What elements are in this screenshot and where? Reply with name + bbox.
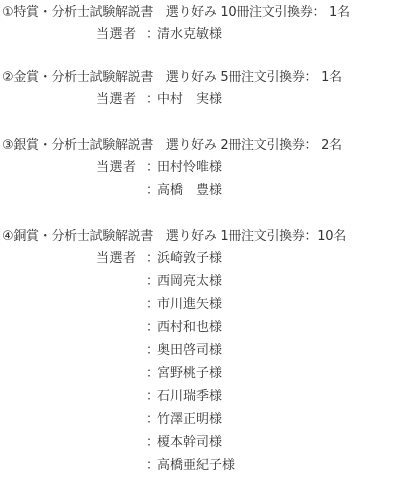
winner-label: 当選者 bbox=[96, 248, 137, 270]
prize-title: ①特賞・分析士試験解説書 選り好み 10冊注文引換券： 1名 bbox=[2, 2, 350, 24]
winner-label: 当選者 bbox=[96, 24, 137, 46]
prize-title: ②金賞・分析士試験解説書 選り好み 5冊注文引換券： 1名 bbox=[2, 67, 342, 89]
winner-name: 田村怜唯様 bbox=[157, 157, 222, 179]
winner-name: 高橋 豊様 bbox=[157, 180, 222, 202]
winner-name: 西村和也様 bbox=[157, 317, 222, 339]
winner-name: 石川瑞季様 bbox=[157, 386, 222, 408]
winner-name: 中村 実様 bbox=[157, 89, 222, 111]
winner-name: 西岡亮太様 bbox=[157, 271, 222, 293]
winner-name: 清水克敏様 bbox=[157, 24, 222, 46]
winner-label: 当選者 bbox=[96, 157, 137, 179]
winner-name: 宮野桃子様 bbox=[157, 363, 222, 385]
prize-title: ③銀賞・分析士試験解説書 選り好み 2冊注文引換券： 2名 bbox=[2, 135, 342, 157]
winner-name: 高橋亜紀子様 bbox=[157, 455, 235, 477]
winner-name: 榎本幹司様 bbox=[157, 432, 222, 454]
winner-name: 竹澤正明様 bbox=[157, 409, 222, 431]
winner-name: 浜崎敦子様 bbox=[157, 248, 222, 270]
winner-label: 当選者 bbox=[96, 89, 137, 111]
winner-name: 奥田啓司様 bbox=[157, 340, 222, 362]
prize-title: ④銅賞・分析士試験解説書 選り好み 1冊注文引換券：10名 bbox=[2, 226, 346, 248]
winner-name: 市川進矢様 bbox=[157, 294, 222, 316]
